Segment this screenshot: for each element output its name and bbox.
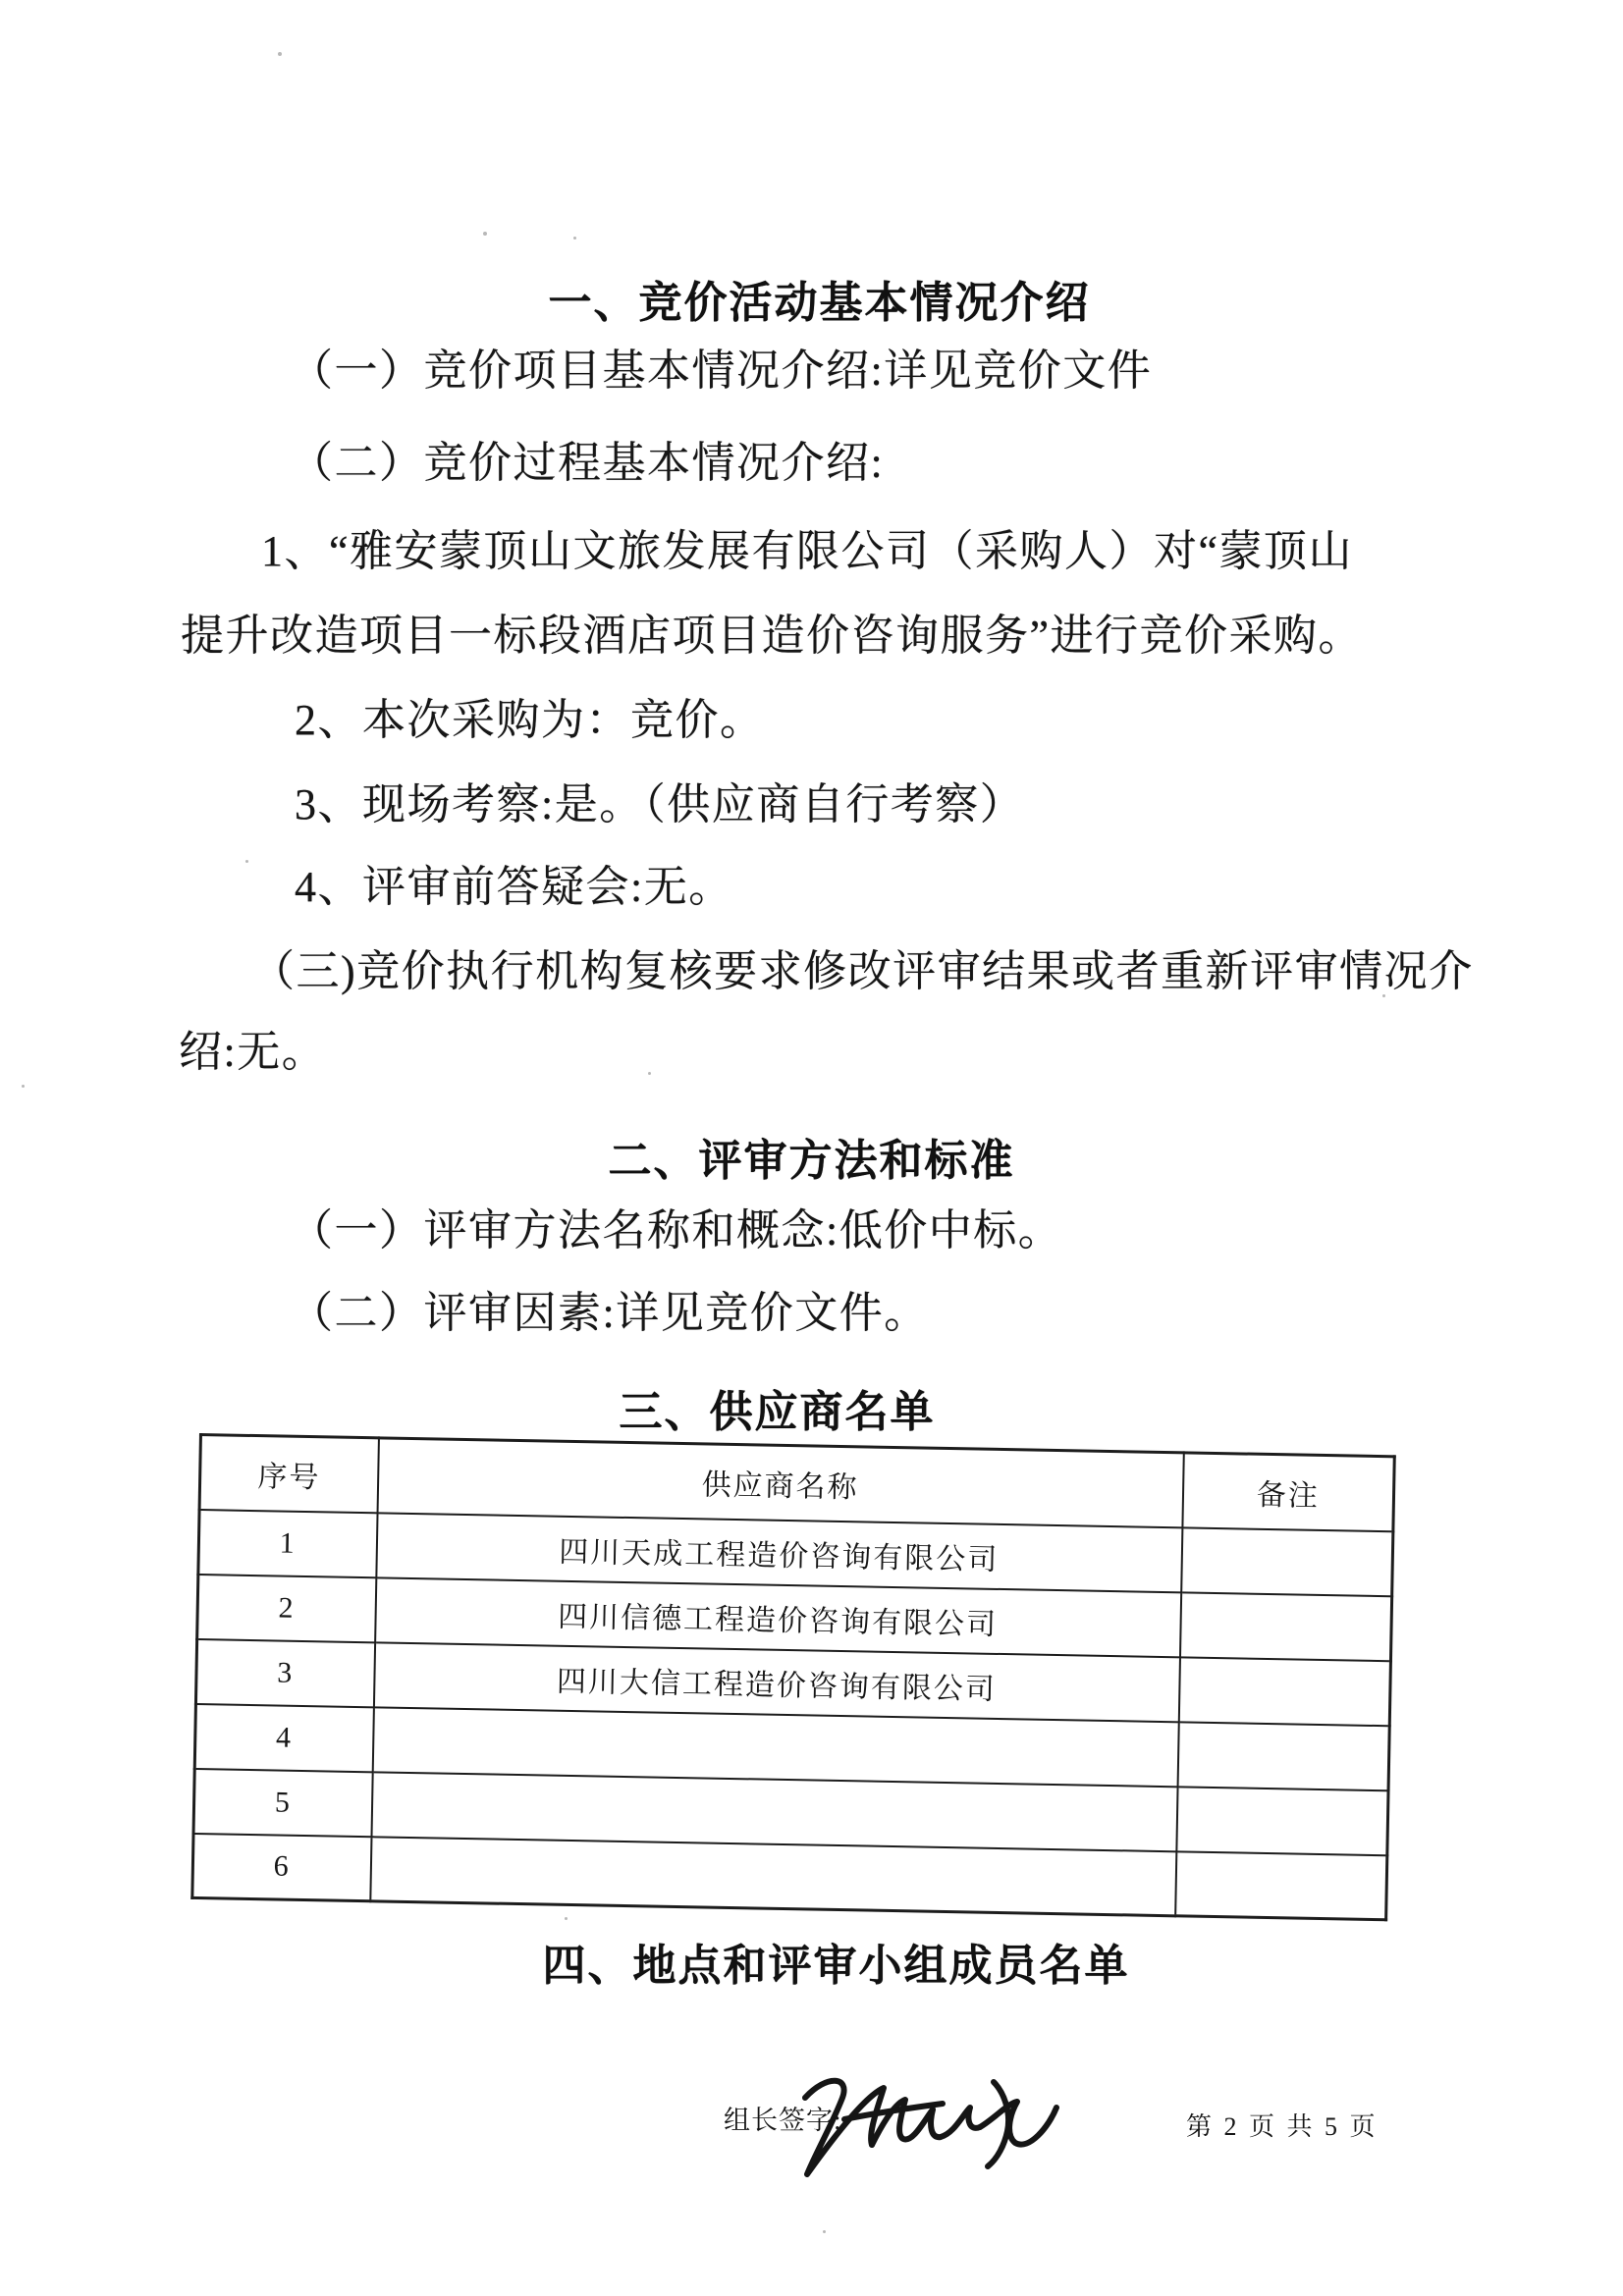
section1-para2-line1: （三)竞价执行机构复核要求修改评审结果或者重新评审情况介 <box>251 946 1474 998</box>
header-cell-no: 序号 <box>199 1435 378 1513</box>
page-number: 第 2 页 共 5 页 <box>1186 2107 1379 2143</box>
cell-name <box>370 1837 1176 1916</box>
scan-speck <box>22 1085 25 1088</box>
section1-item4: 3、现场考察:是。（供应商自行考察） <box>295 779 1024 831</box>
section1-para1-line1: 1、“雅安蒙顶山文旅发展有限公司（采购人）对“蒙顶山 <box>261 526 1353 578</box>
scan-speck <box>245 860 248 863</box>
scan-speck <box>565 1917 568 1920</box>
section3-title: 三、供应商名单 <box>0 1376 1589 1439</box>
section1-item2: （二）竞价过程基本情况介绍: <box>290 438 884 490</box>
cell-note <box>1178 1657 1390 1726</box>
section1-para2-line2: 绍:无。 <box>179 1027 326 1079</box>
cell-note <box>1175 1851 1387 1920</box>
scan-speck <box>648 1072 651 1075</box>
cell-no: 4 <box>194 1703 373 1771</box>
cell-note <box>1177 1722 1389 1790</box>
scan-speck <box>823 2230 826 2233</box>
supplier-table: 序号 供应商名称 备注 1 四川天成工程造价咨询有限公司 2 四川信德工程造价咨… <box>190 1433 1393 1921</box>
scan-speck <box>483 232 487 236</box>
scan-speck <box>278 52 282 56</box>
section1-item3: 2、本次采购为：竞价。 <box>295 695 765 747</box>
cell-no: 6 <box>192 1833 371 1900</box>
cell-note <box>1181 1527 1393 1596</box>
section2-item2: （二）评审因素:详见竞价文件。 <box>290 1288 929 1340</box>
cell-no: 5 <box>193 1768 372 1836</box>
scan-speck <box>573 237 576 240</box>
section1-item1: （一）竞价项目基本情况介绍:详见竞价文件 <box>290 346 1152 398</box>
section2-item1: （一）评审方法名称和概念:低价中标。 <box>290 1205 1062 1257</box>
cell-no: 2 <box>197 1575 376 1642</box>
leader-signature-handwriting-icon <box>785 2064 1070 2192</box>
header-cell-note: 备注 <box>1182 1453 1394 1531</box>
section4-title: 四、地点和评审小组成员名单 <box>25 1930 1623 1993</box>
section2-title: 二、评审方法和标准 <box>0 1125 1623 1188</box>
cell-note <box>1179 1592 1391 1661</box>
section1-para1-line2: 提升改造项目一标段酒店项目造价咨询服务”进行竞价采购。 <box>181 611 1363 663</box>
cell-note <box>1176 1787 1388 1855</box>
scanned-document-page: 一、竞价活动基本情况介绍 （一）竞价项目基本情况介绍:详见竞价文件 （二）竞价过… <box>0 0 1623 2296</box>
section1-title: 一、竞价活动基本情况介绍 <box>8 267 1623 330</box>
cell-no: 1 <box>198 1510 377 1577</box>
cell-no: 3 <box>195 1638 374 1706</box>
section1-item5: 4、评审前答疑会:无。 <box>295 862 733 914</box>
